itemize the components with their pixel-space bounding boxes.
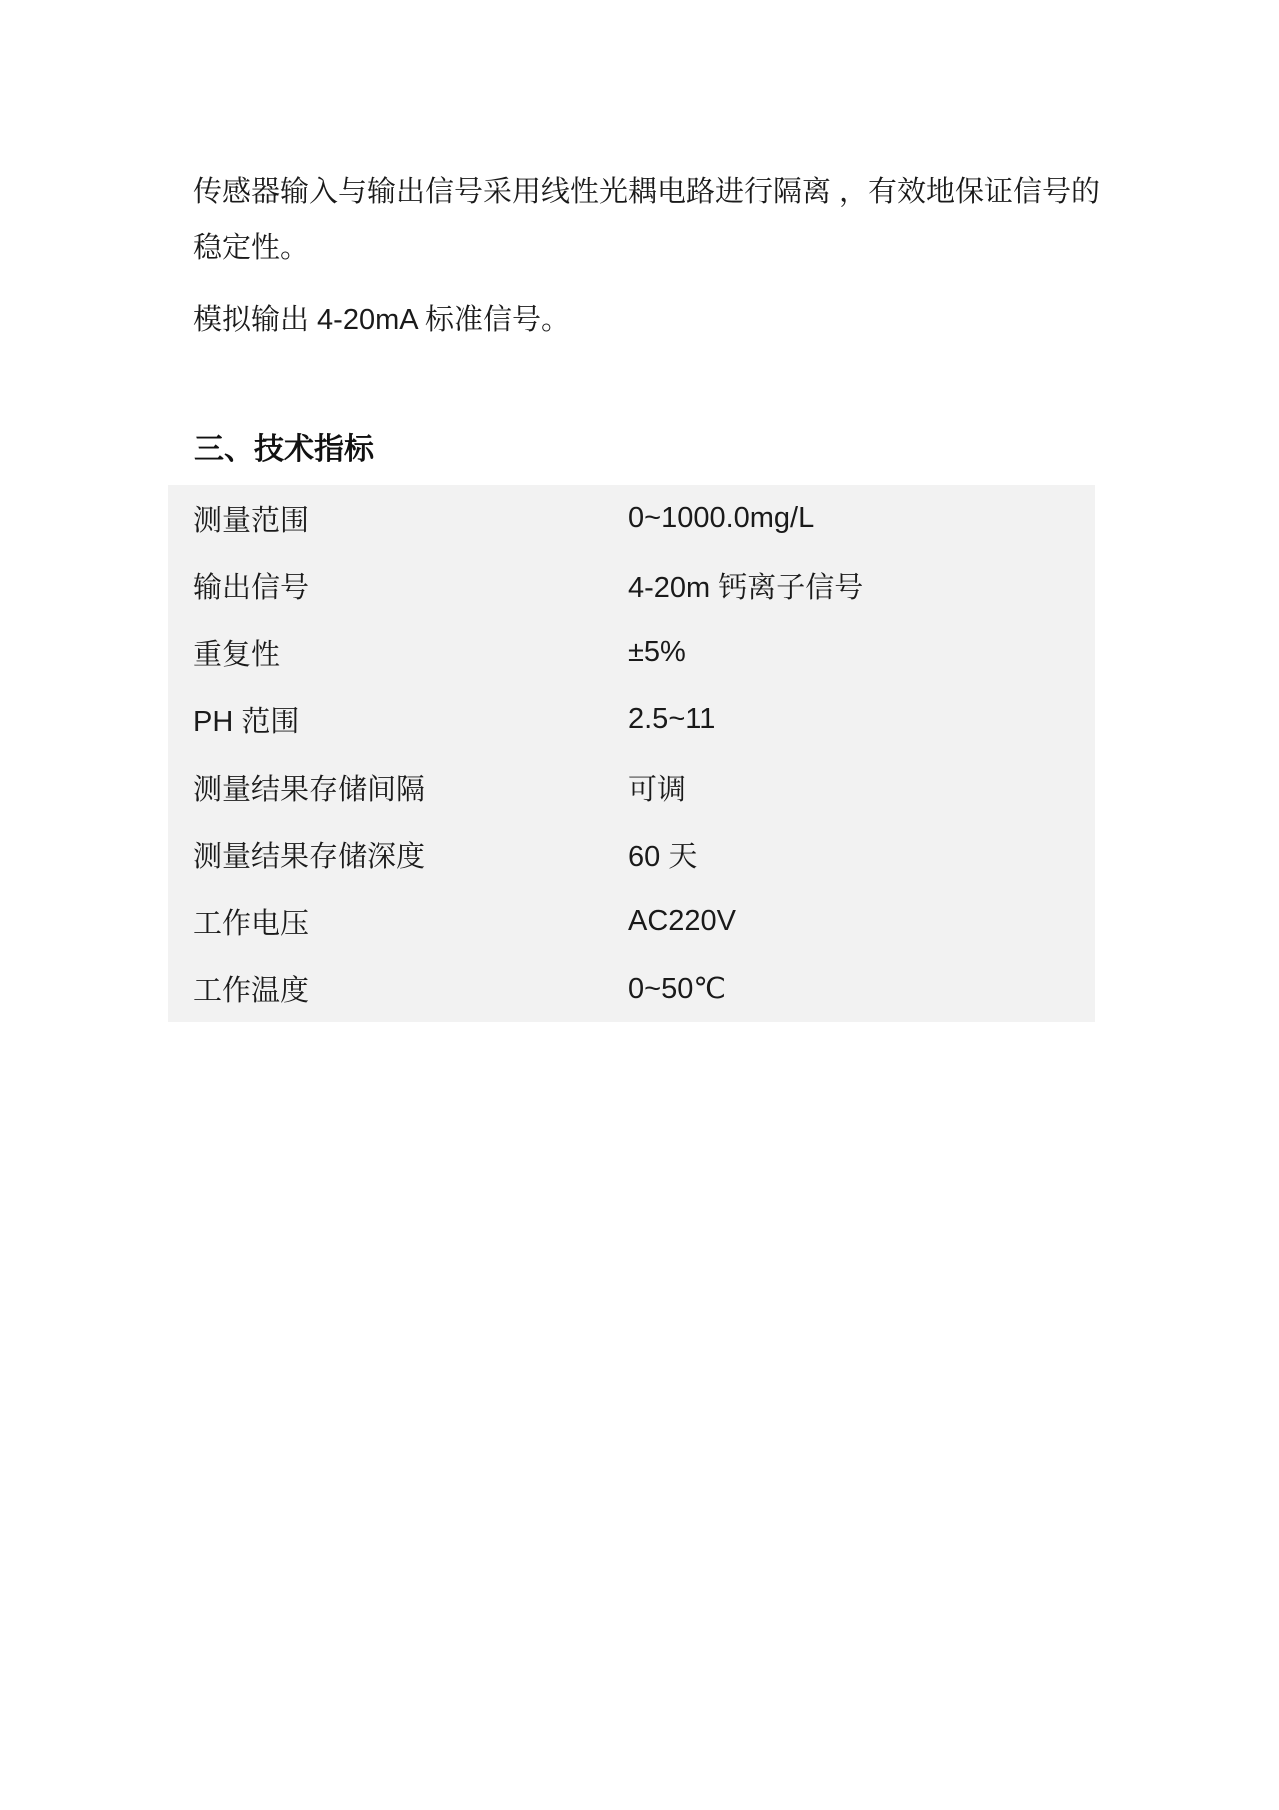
- section-heading-technical-specs: 三、技术指标: [194, 427, 374, 473]
- spec-table: 测量范围 0~1000.0mg/L 输出信号 4-20m 钙离子信号 重复性 ±…: [168, 485, 1095, 1022]
- spec-label: 测量结果存储间隔: [168, 767, 628, 808]
- spec-value: ±5%: [628, 636, 1095, 669]
- document-page: 传感器输入与输出信号采用线性光耦电路进行隔离 ，有效地保证信号的 稳定性。 模拟…: [0, 0, 1279, 1810]
- spec-value: 60 天: [628, 834, 1095, 875]
- spec-value: 可调: [628, 767, 1095, 808]
- table-row: 工作温度 0~50℃: [168, 955, 1095, 1022]
- spec-label: 测量范围: [168, 498, 628, 539]
- table-row: 工作电压 AC220V: [168, 888, 1095, 955]
- paragraph-sensor-isolation-line1: 传感器输入与输出信号采用线性光耦电路进行隔离 ，有效地保证信号的: [193, 164, 1100, 220]
- paragraph-analog-output: 模拟输出 4-20mA 标准信号。: [193, 292, 570, 348]
- spec-label: PH 范围: [168, 699, 628, 740]
- table-row: 测量结果存储间隔 可调: [168, 754, 1095, 821]
- spec-label: 重复性: [168, 632, 628, 673]
- spec-label: 工作电压: [168, 901, 628, 942]
- spec-value: 2.5~11: [628, 703, 1095, 736]
- paragraph-sensor-isolation-line2: 稳定性。: [193, 220, 309, 276]
- spec-label: 工作温度: [168, 968, 628, 1009]
- table-row: 重复性 ±5%: [168, 619, 1095, 686]
- spec-label: 测量结果存储深度: [168, 834, 628, 875]
- table-row: 测量结果存储深度 60 天: [168, 821, 1095, 888]
- spec-label: 输出信号: [168, 565, 628, 606]
- table-row: PH 范围 2.5~11: [168, 686, 1095, 753]
- spec-value: 4-20m 钙离子信号: [628, 565, 1095, 606]
- spec-value: 0~50℃: [628, 971, 1095, 1006]
- spec-value: AC220V: [628, 905, 1095, 938]
- spec-value: 0~1000.0mg/L: [628, 502, 1095, 535]
- table-row: 输出信号 4-20m 钙离子信号: [168, 552, 1095, 619]
- table-row: 测量范围 0~1000.0mg/L: [168, 485, 1095, 552]
